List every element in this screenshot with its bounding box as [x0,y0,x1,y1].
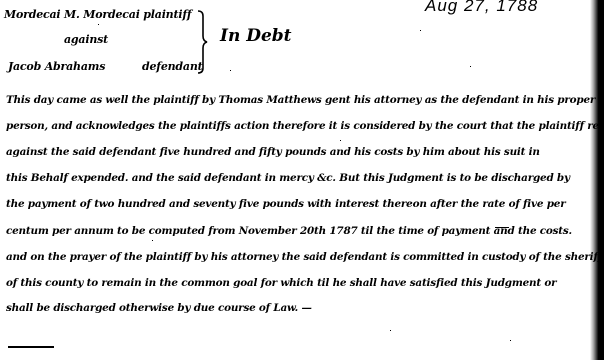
scan-speck [340,140,341,141]
body-line-5: the payment of two hundred and seventy f… [6,198,604,210]
document-page: Aug 27, 1788 Mordecai M. Mordecai plaint… [0,0,604,360]
caption-brace-icon [196,10,208,74]
caption-plaintiff: Mordecai M. Mordecai plaintiff [4,8,191,21]
scan-speck [420,30,421,31]
scan-speck [390,330,391,331]
underline-shall [8,346,54,348]
body-line-2: person, and acknowledges the plaintiffs … [6,120,604,132]
body-line-8: of this county to remain in the common g… [6,277,604,289]
scan-speck [510,340,511,341]
body-line-3: against the said defendant five hundred … [6,146,604,158]
caption-defendant-role: defendant [142,60,203,73]
body-line-9: shall be discharged otherwise by due cou… [6,302,604,314]
body-line-4: this Behalf expended. and the said defen… [6,172,604,184]
scan-speck [230,70,231,71]
body-line-1: This day came as well the plaintiff by T… [6,94,604,106]
case-type: In Debt [220,26,292,46]
scan-edge-shadow [590,0,604,360]
body-line-7: and on the prayer of the plaintiff by hi… [6,251,604,263]
caption-versus: against [64,33,108,46]
date-annotation: Aug 27, 1788 [425,0,538,16]
body-line-6: centum per annum to be computed from Nov… [6,225,604,237]
scan-speck [152,240,153,241]
scan-speck [470,66,471,67]
underline-rate [495,227,509,228]
scan-speck [98,24,99,25]
caption-defendant-name: Jacob Abrahams [8,60,105,73]
